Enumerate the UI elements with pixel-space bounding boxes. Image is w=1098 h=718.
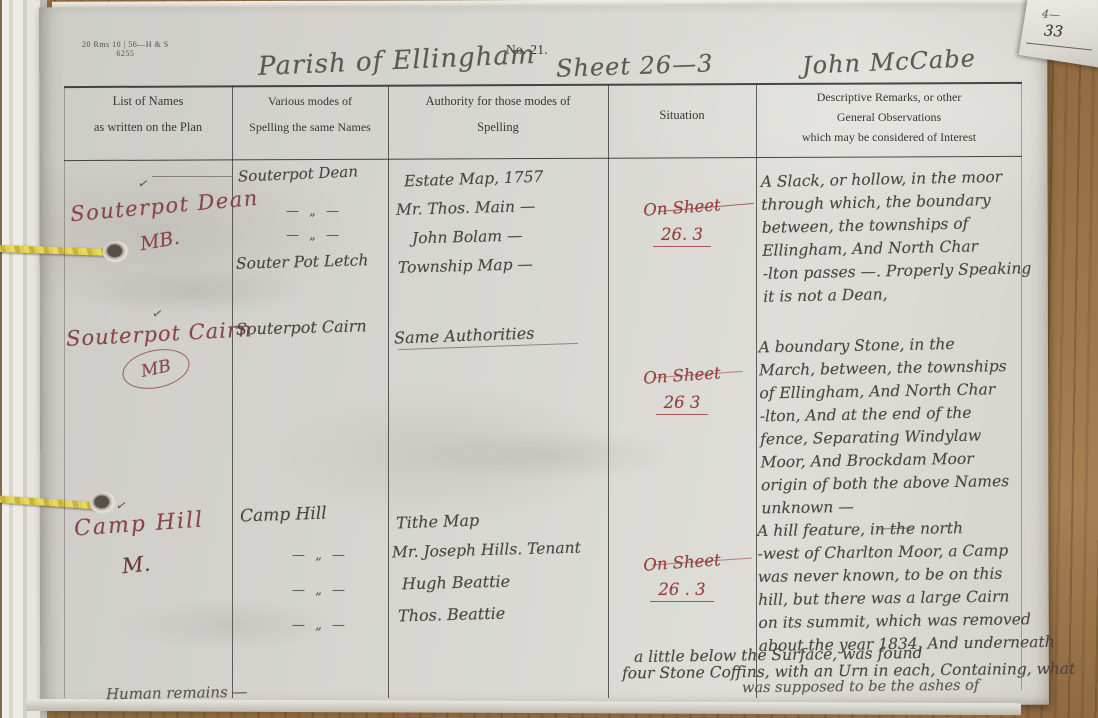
ink-dash-line bbox=[152, 176, 232, 177]
printer-imprint: 20 Rms 10 | 56—H & S 6255 bbox=[82, 40, 169, 58]
remark-line: March, between, the townships bbox=[759, 355, 1037, 383]
remarks-entry-3: A hill feature, in the north -west of Ch… bbox=[757, 516, 1045, 658]
corner-faint-mark: 4— bbox=[1042, 7, 1061, 21]
authority-item: Township Map — bbox=[398, 255, 533, 277]
page-number: 33 bbox=[1043, 21, 1063, 40]
show-through-smudge bbox=[120, 600, 340, 650]
spelling-item: Souterpot Cairn bbox=[236, 316, 367, 338]
table-left-border bbox=[64, 86, 65, 698]
column-header-spelling-2: Spelling the same Names bbox=[234, 120, 386, 135]
imprint-line-1: 20 Rms 10 | 56—H & S bbox=[82, 40, 169, 49]
punch-hole-bottom bbox=[90, 492, 116, 514]
situation-block: On Sheet 26 . 3 bbox=[612, 553, 752, 602]
situation-block: On Sheet 26 3 bbox=[612, 366, 752, 415]
column-header-spelling-1: Various modes of bbox=[234, 94, 386, 109]
remark-overflow-line: Human remains — bbox=[106, 683, 248, 703]
authority-item: Hugh Beattie bbox=[402, 572, 511, 594]
remarks-entry-1: A Slack, or hollow, in the moor through … bbox=[761, 165, 1040, 309]
imprint-line-2: 6255 bbox=[82, 49, 169, 58]
situation-sheet-label: On Sheet bbox=[612, 193, 753, 222]
authority-item: Tithe Map bbox=[396, 511, 480, 533]
spelling-item: Souter Pot Letch bbox=[236, 251, 369, 272]
ditto-mark: — „ — bbox=[286, 204, 342, 219]
entry-monogram: M. bbox=[121, 552, 152, 579]
column-divider-3 bbox=[608, 85, 609, 698]
column-header-remarks-3: which may be considered of Interest bbox=[758, 130, 1020, 145]
punch-hole-top bbox=[103, 241, 129, 263]
authority-item: Mr. Thos. Main — bbox=[396, 197, 536, 219]
column-header-authority-2: Spelling bbox=[390, 120, 606, 135]
authority-item: Thos. Beattie bbox=[398, 604, 506, 626]
authority-item: John Bolam — bbox=[412, 227, 523, 248]
remark-line: origin of both the above Names bbox=[761, 470, 1039, 498]
column-header-authority-1: Authority for those modes of bbox=[390, 94, 606, 109]
ditto-mark: — „ — bbox=[292, 548, 348, 563]
ditto-mark: — „ — bbox=[286, 228, 342, 243]
column-header-situation: Situation bbox=[610, 108, 754, 123]
show-through-smudge bbox=[420, 430, 680, 480]
sheet-title-script: Sheet 26—3 bbox=[556, 49, 714, 82]
column-header-remarks-2: General Observations bbox=[758, 110, 1020, 125]
situation-sheet-number: 26 . 3 bbox=[650, 579, 713, 602]
photographed-name-book-page: 4— 33 20 Rms 10 | 56—H & S 6255 No. 21. … bbox=[0, 0, 1098, 718]
show-through-smudge bbox=[80, 268, 310, 314]
situation-sheet-number: 26. 3 bbox=[653, 224, 711, 247]
column-header-remarks-1: Descriptive Remarks, or other bbox=[758, 90, 1020, 105]
remarks-entry-2: A boundary Stone, in the March, between,… bbox=[758, 332, 1039, 521]
column-header-names-1: List of Names bbox=[66, 94, 230, 109]
situation-sheet-number: 26 3 bbox=[656, 392, 709, 415]
column-header-names-2: as written on the Plan bbox=[66, 120, 230, 135]
column-divider-2 bbox=[388, 86, 389, 698]
spelling-item: Camp Hill bbox=[240, 503, 327, 526]
ditto-mark: — „ — bbox=[292, 583, 348, 598]
column-divider-4 bbox=[756, 85, 757, 698]
remark-overflow-line: was supposed to be the ashes of bbox=[742, 678, 979, 696]
